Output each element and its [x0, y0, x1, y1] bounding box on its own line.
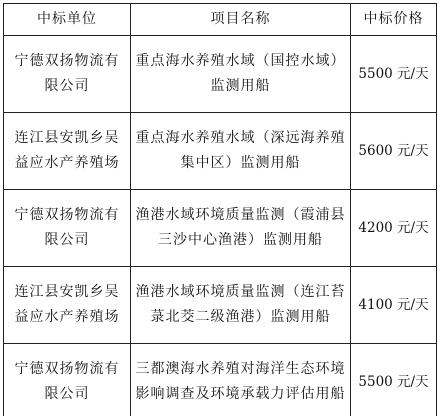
header-row: 中标单位 项目名称 中标价格 [4, 4, 437, 36]
cell-unit-line: 益应水产养殖场 [8, 305, 126, 330]
table-row: 宁德双扬物流有限公司 三都澳海水养殖对海洋生态环境影响调查及环境承载力评估用船 … [4, 344, 437, 416]
cell-project-line: 菉北茭二级渔港）监测用船 [135, 305, 346, 330]
cell-price: 4200 元/天 [351, 190, 437, 267]
cell-project-line: 监测用船 [135, 74, 346, 99]
cell-unit-line: 宁德双扬物流有 [8, 203, 126, 228]
cell-unit-line: 限公司 [8, 74, 126, 99]
bid-results-table: 中标单位 项目名称 中标价格 宁德双扬物流有限公司 重点海水养殖水域（国控水域）… [3, 3, 437, 416]
table-row: 宁德双扬物流有限公司 重点海水养殖水域（国控水域）监测用船 5500 元/天 [4, 36, 437, 113]
table-row: 连江县安凯乡吴益应水产养殖场 渔港水域环境质量监测（连江苔菉北茭二级渔港）监测用… [4, 267, 437, 344]
cell-price: 5600 元/天 [351, 113, 437, 190]
cell-project-line: 影响调查及环境承载力评估用船 [135, 382, 346, 407]
cell-project: 渔港水域环境质量监测（连江苔菉北茭二级渔港）监测用船 [131, 267, 351, 344]
cell-unit-line: 宁德双扬物流有 [8, 357, 126, 382]
cell-unit: 连江县安凯乡吴益应水产养殖场 [4, 113, 131, 190]
cell-project: 重点海水养殖水域（国控水域）监测用船 [131, 36, 351, 113]
cell-unit-line: 宁德双扬物流有 [8, 49, 126, 74]
cell-unit: 宁德双扬物流有限公司 [4, 344, 131, 416]
cell-project-line: 重点海水养殖水域（深远海养殖 [135, 126, 346, 151]
cell-project-line: 渔港水域环境质量监测（连江苔 [135, 280, 346, 305]
cell-unit-line: 限公司 [8, 228, 126, 253]
cell-unit-line: 连江县安凯乡吴 [8, 126, 126, 151]
cell-unit-line: 益应水产养殖场 [8, 151, 126, 176]
cell-project-line: 集中区）监测用船 [135, 151, 346, 176]
header-project-name: 项目名称 [131, 4, 351, 36]
cell-unit: 连江县安凯乡吴益应水产养殖场 [4, 267, 131, 344]
cell-project-line: 三都澳海水养殖对海洋生态环境 [135, 357, 346, 382]
header-winning-price: 中标价格 [351, 4, 437, 36]
table-row: 宁德双扬物流有限公司 渔港水域环境质量监测（霞浦县三沙中心渔港）监测用船 420… [4, 190, 437, 267]
cell-project: 三都澳海水养殖对海洋生态环境影响调查及环境承载力评估用船 [131, 344, 351, 416]
cell-unit-line: 连江县安凯乡吴 [8, 280, 126, 305]
cell-unit: 宁德双扬物流有限公司 [4, 190, 131, 267]
cell-project-line: 三沙中心渔港）监测用船 [135, 228, 346, 253]
cell-unit: 宁德双扬物流有限公司 [4, 36, 131, 113]
cell-project-line: 重点海水养殖水域（国控水域） [135, 49, 346, 74]
cell-project: 重点海水养殖水域（深远海养殖集中区）监测用船 [131, 113, 351, 190]
cell-project: 渔港水域环境质量监测（霞浦县三沙中心渔港）监测用船 [131, 190, 351, 267]
cell-price: 5500 元/天 [351, 344, 437, 416]
cell-project-line: 渔港水域环境质量监测（霞浦县 [135, 203, 346, 228]
table-row: 连江县安凯乡吴益应水产养殖场 重点海水养殖水域（深远海养殖集中区）监测用船 56… [4, 113, 437, 190]
cell-unit-line: 限公司 [8, 382, 126, 407]
header-winning-unit: 中标单位 [4, 4, 131, 36]
cell-price: 5500 元/天 [351, 36, 437, 113]
cell-price: 4100 元/天 [351, 267, 437, 344]
